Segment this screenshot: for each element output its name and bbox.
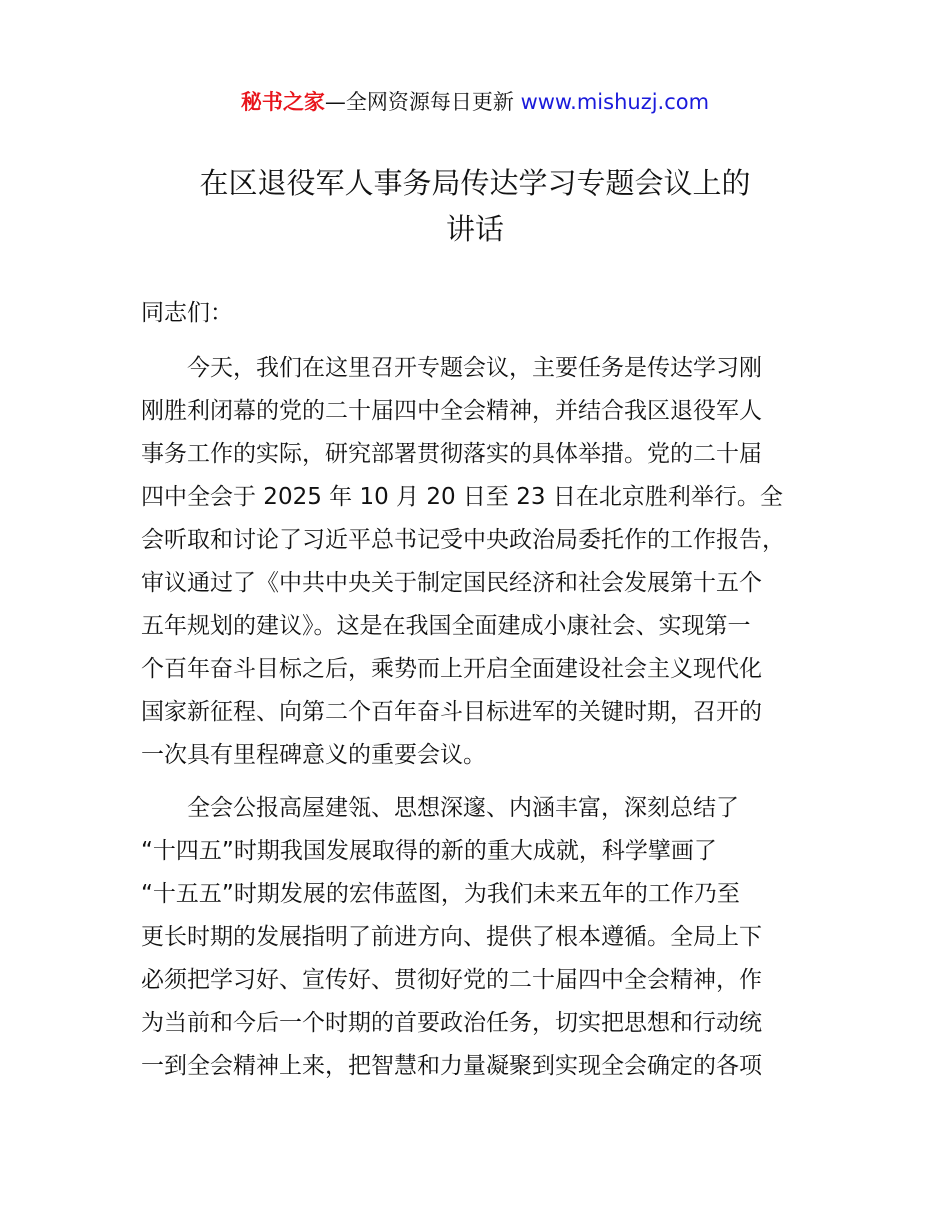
paragraph-line: 全会公报高屋建瓴、思想深邃、内涵丰富，深刻总结了 [141, 787, 821, 830]
title-line: 在区退役军人事务局传达学习专题会议上的 [0, 160, 950, 206]
paragraph-line: 五年规划的建议》。这是在我国全面建成小康社会、实现第一 [141, 605, 821, 648]
document-title: 在区退役军人事务局传达学习专题会议上的 讲话 [0, 160, 950, 252]
paragraph-line: “十四五”时期我国发展取得的新的重大成就，科学擘画了 [141, 830, 821, 873]
site-header: 秘书之家—全网资源每日更新 www.mishuzj.com [0, 86, 950, 118]
paragraph-line: 会听取和讨论了习近平总书记受中央政治局委托作的工作报告， [141, 519, 821, 562]
paragraph-1: 今天，我们在这里召开专题会议，主要任务是传达学习刚 刚胜利闭幕的党的二十届四中全… [141, 347, 821, 777]
salutation-text: 同志们： [141, 292, 821, 335]
brand-name: 秘书之家 [241, 90, 325, 114]
paragraph-line: 个百年奋斗目标之后，乘势而上开启全面建设社会主义现代化 [141, 648, 821, 691]
title-line: 讲话 [0, 206, 950, 252]
salutation: 同志们： [141, 292, 821, 335]
paragraph-line: 审议通过了《中共中央关于制定国民经济和社会发展第十五个 [141, 562, 821, 605]
paragraph-line: 一次具有里程碑意义的重要会议。 [141, 734, 821, 777]
paragraph-line: 四中全会于 2025 年 10 月 20 日至 23 日在北京胜利举行。全 [141, 476, 821, 519]
paragraph-line: 为当前和今后一个时期的首要政治任务，切实把思想和行动统 [141, 1002, 821, 1045]
paragraph-line: 更长时期的发展指明了前进方向、提供了根本遵循。全局上下 [141, 916, 821, 959]
site-link[interactable]: www.mishuzj.com [521, 90, 710, 114]
paragraph-line: 事务工作的实际，研究部署贯彻落实的具体举措。党的二十届 [141, 433, 821, 476]
paragraph-line: 必须把学习好、宣传好、贯彻好党的二十届四中全会精神，作 [141, 959, 821, 1002]
paragraph-line: 一到全会精神上来，把智慧和力量凝聚到实现全会确定的各项 [141, 1045, 821, 1088]
paragraph-line: 国家新征程、向第二个百年奋斗目标进军的关键时期，召开的 [141, 691, 821, 734]
paragraph-line: “十五五”时期发展的宏伟蓝图，为我们未来五年的工作乃至 [141, 873, 821, 916]
paragraph-line: 今天，我们在这里召开专题会议，主要任务是传达学习刚 [141, 347, 821, 390]
header-slogan: —全网资源每日更新 [325, 90, 521, 114]
paragraph-line: 刚胜利闭幕的党的二十届四中全会精神，并结合我区退役军人 [141, 390, 821, 433]
paragraph-2: 全会公报高屋建瓴、思想深邃、内涵丰富，深刻总结了 “十四五”时期我国发展取得的新… [141, 787, 821, 1088]
